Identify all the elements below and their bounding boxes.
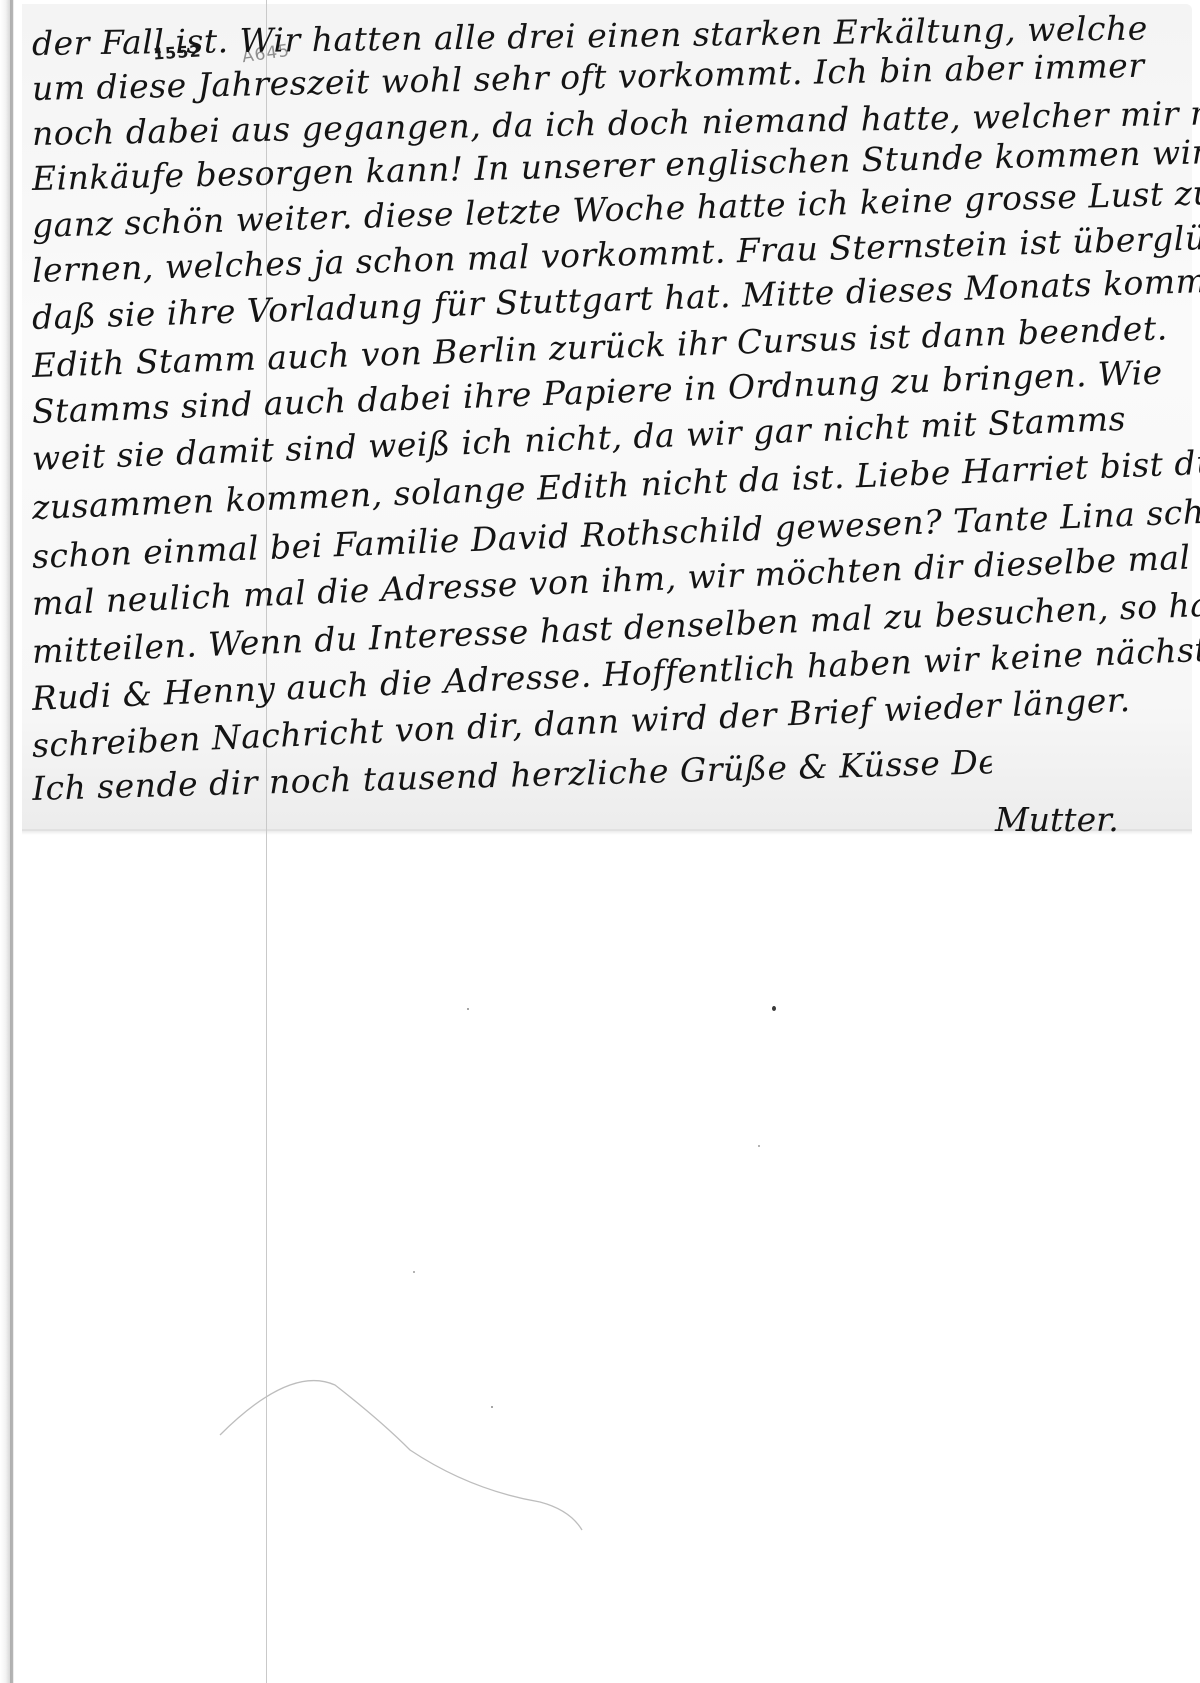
scanned-page: 1552 A645 der Fall ist. Wir hatten alle … bbox=[0, 0, 1200, 1683]
scan-speck bbox=[413, 1271, 415, 1273]
scan-speck bbox=[772, 1006, 776, 1011]
scan-speck bbox=[491, 1406, 493, 1408]
scan-speck bbox=[467, 1008, 469, 1010]
scan-speck bbox=[758, 1145, 760, 1147]
paper-crease-curve bbox=[0, 0, 1200, 1683]
